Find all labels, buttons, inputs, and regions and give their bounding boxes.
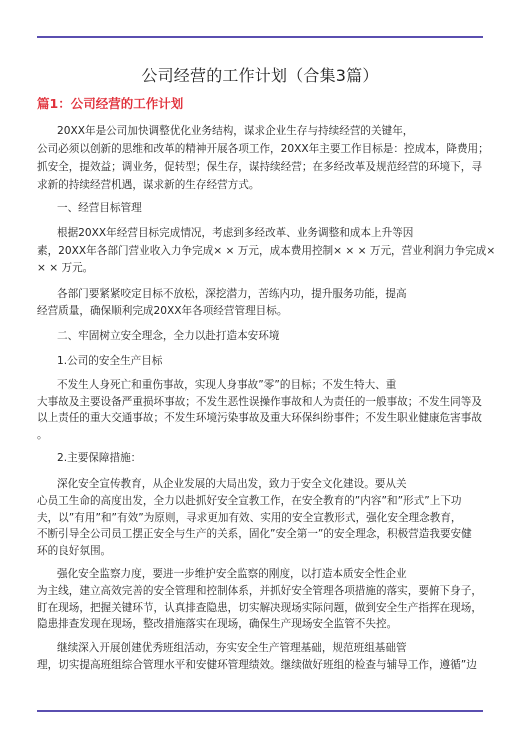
body-text-line: 素，20XX年各部门营业收入力争完成× × 万元，成本费用控制× × × 万元，… [37, 244, 495, 258]
body-text-line: 一、经营目标管理 [57, 201, 142, 215]
body-text-line: 强化安全监察力度，要进一步维护安全监察的刚度，以打造本质安全性企业 [57, 567, 407, 581]
body-text-line: 为主线，建立高效完善的安全管理和控制体系，并抓好安全管理各项措施的落实，要俯下身… [37, 584, 482, 598]
body-text-line: 以上责任的重大交通事故；不发生环境污染事故及重大环保纠纷事件；不发生职业健康危害… [37, 411, 482, 425]
body-text-line: 根据20XX年经营目标完成情况，考虑到多经改革、业务调整和成本上升等因 [57, 226, 413, 240]
body-text-line: 各部门要紧紧咬定目标不放松，深挖潜力，苦练内功，提升服务功能，提高 [57, 287, 407, 301]
body-text-line: 不发生人身死亡和重伤事故，实现人身事故”零”的目标；不发生特大、重 [57, 378, 396, 392]
body-text-line: 1.公司的安全生产目标 [57, 354, 162, 368]
body-text-line: 深化安全宣传教育，从企业发展的大局出发，致力于安全文化建设。要从关 [57, 477, 407, 491]
body-text-line: 环的良好氛围。 [37, 544, 111, 558]
body-text-line: 经营质量，确保顺利完成20XX年各项经营管理目标。 [37, 304, 287, 318]
body-text-line: 二、牢固树立安全理念，全力以赴打造本安环境 [57, 329, 279, 343]
body-text-line: 不断引导全公司员工摆正安全与生产的关系，固化”安全第一”的安全理念，积极营造我要… [37, 527, 472, 541]
section-heading: 篇1：公司经营的工作计划 [37, 96, 183, 112]
body-text-line: 大事故及主要设备严重损坏事故；不发生恶性误操作事故和人为责任的一般事故；不发生同… [37, 395, 482, 409]
body-text-line: 20XX年是公司加快调整优化业务结构，谋求企业生存与持续经营的关键年， [57, 124, 413, 138]
bottom-divider-rule [37, 710, 483, 712]
body-text-line: 抓安全，提效益；调业务，促转型；保生存，谋持续经营；在多经改革及规范经营的环境下… [37, 160, 482, 174]
body-text-line: 理，切实提高班组综合管理水平和安健环管理绩效。继续做好班组的检查与辅导工作，遵循… [37, 658, 477, 672]
body-text-line: 继续深入开展创建优秀班组活动，夯实安全生产管理基础，规范班组基础管 [57, 641, 407, 655]
body-text-line: 。 [37, 428, 48, 442]
body-text-line: 2.主要保障措施： [57, 451, 141, 465]
top-divider-rule [37, 36, 483, 38]
body-text-line: 隐患排查发现在现场，整改措施落实在现场，确保生产现场安全监管不失控。 [37, 617, 397, 631]
document-title: 公司经营的工作计划（合集3篇） [0, 66, 520, 86]
body-text-line: 心员工生命的高度出发，全力以赴抓好安全宣教工作，在安全教育的”内容”和”形式”上… [37, 494, 462, 508]
body-text-line: 夫，以”有用”和”有效”为原则，寻求更加有效、实用的安全宣教形式，强化安全理念教… [37, 511, 462, 525]
body-text-line: 盯在现场，把握关键环节，认真排查隐患，切实解决现场实际问题，做到安全生产指挥在现… [37, 601, 482, 615]
body-text-line: 公司必须以创新的思维和改革的精神开展各项工作，20XX年主要工作目标是：控成本，… [37, 142, 489, 156]
body-text-line: × × 万元。 [37, 261, 93, 275]
body-text-line: 求新的持续经营机遇，谋求新的生存经营方式。 [37, 178, 259, 192]
